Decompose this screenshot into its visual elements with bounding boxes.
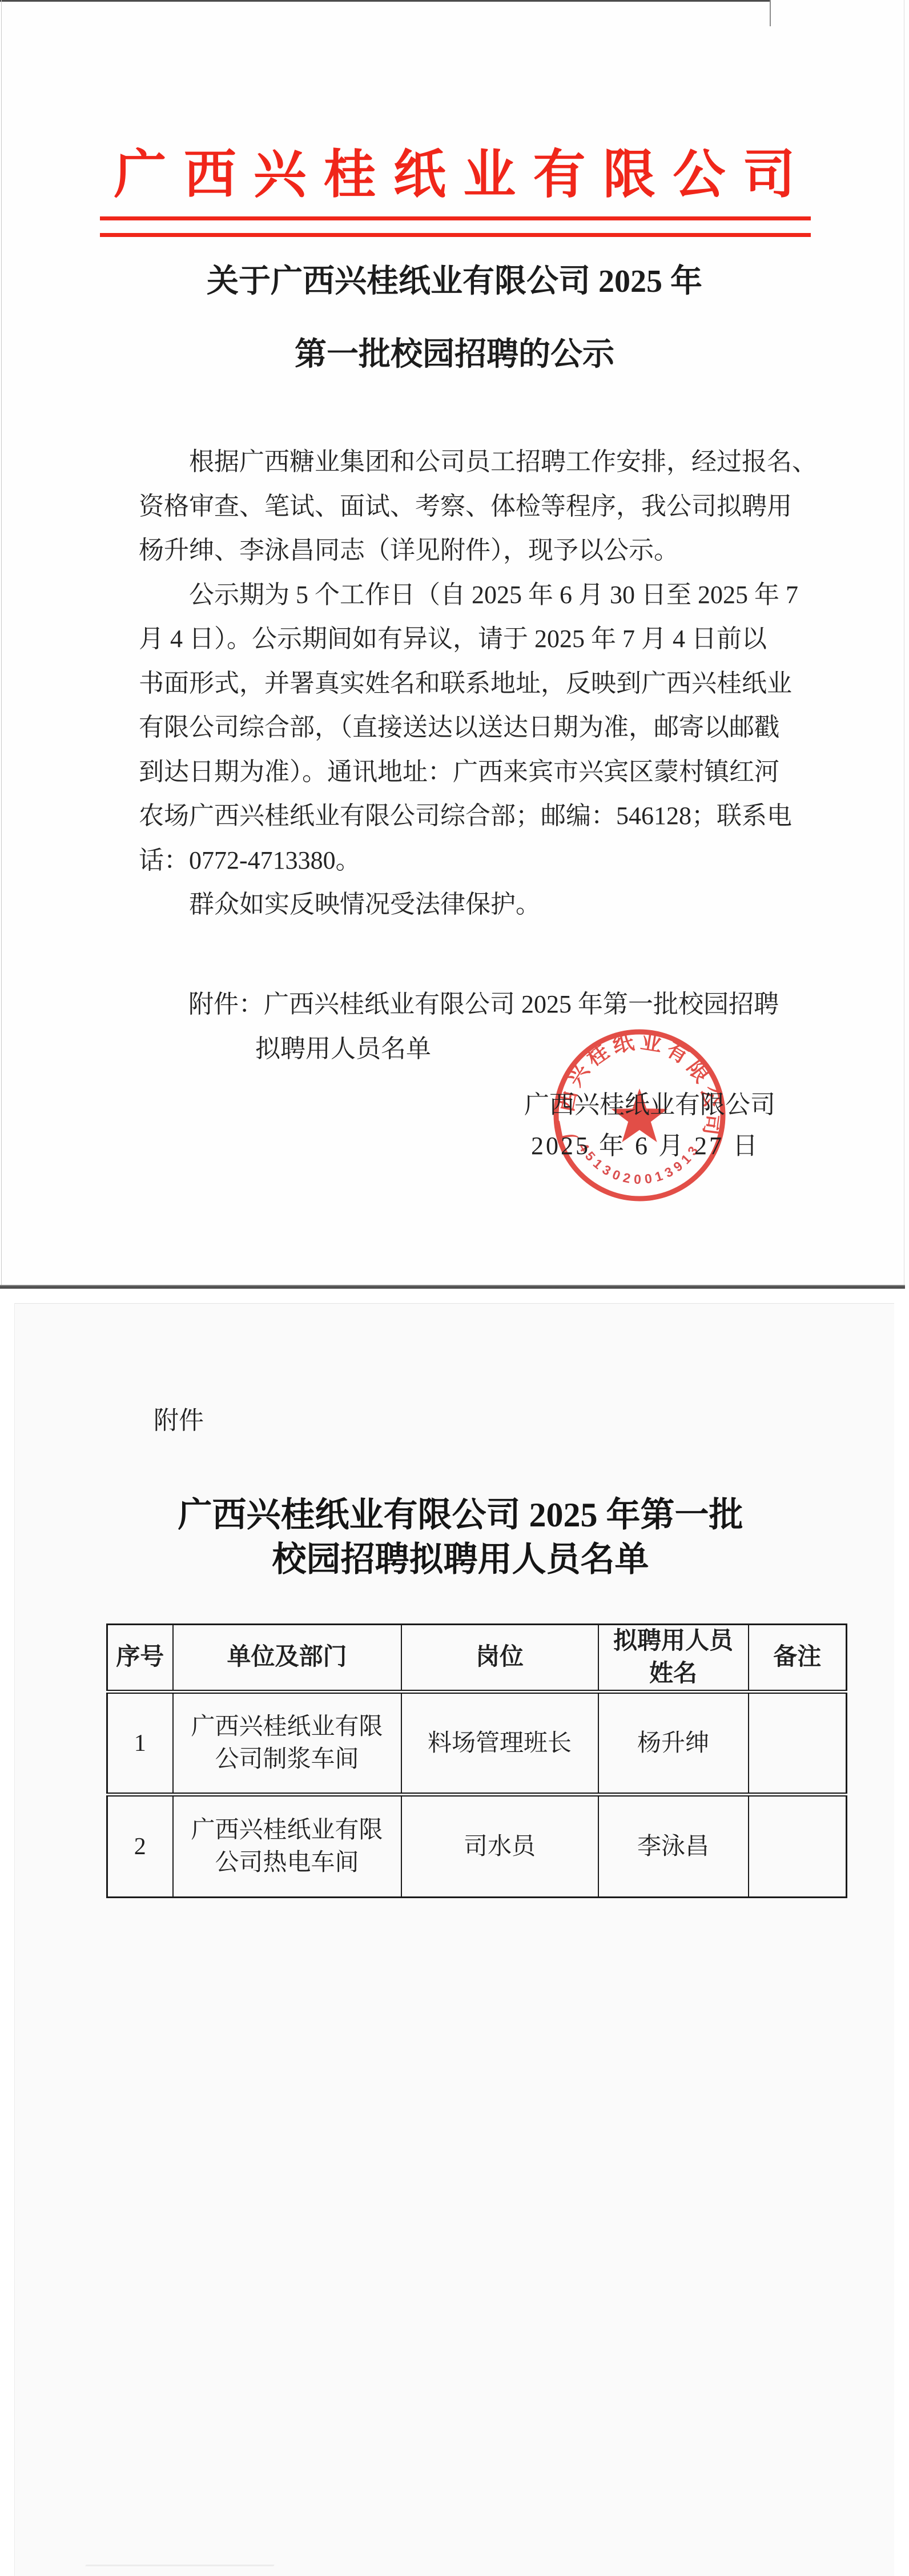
cell-remark — [749, 1692, 847, 1795]
scan-corner-artifact — [770, 0, 771, 26]
body-line: 农场广西兴桂纸业有限公司综合部；邮编：546128；联系电 — [139, 794, 774, 838]
issue-date: 2025 年 6 月 27 日 — [531, 1125, 760, 1162]
roster-table: 序号 单位及部门 岗位 拟聘用人员 姓名 备注 1 广西兴桂纸业有限 公司制浆车… — [106, 1623, 847, 1898]
body-line: 到达日期为准）。通讯地址：广西来宾市兴宾区蒙村镇红河 — [139, 750, 774, 794]
cell-seq: 1 — [107, 1692, 173, 1795]
cell-name: 杨升绅 — [598, 1692, 749, 1795]
body-line: 公示期为 5 个工作日（自 2025 年 6 月 30 日至 2025 年 7 — [139, 573, 774, 617]
roster-title-line1: 广西兴桂纸业有限公司 2025 年第一批 — [41, 1488, 880, 1537]
body-line: 有限公司综合部，（直接送达以送达日期为准，邮寄以邮戳 — [139, 705, 774, 750]
scan-top-edge — [0, 0, 771, 2]
cell-seq: 2 — [107, 1795, 173, 1898]
letterhead-company-name: 广西兴桂纸业有限公司 — [0, 143, 909, 207]
body-line: 杨升绅、李泳昌同志（详见附件），现予以公示。 — [139, 528, 774, 573]
attachment-label: 附件 — [154, 1400, 204, 1436]
page1-bottom-shadow — [0, 1285, 905, 1289]
cell-remark — [749, 1795, 847, 1898]
body-line: 群众如实反映情况受法律保护。 — [139, 882, 774, 927]
header-post: 岗位 — [401, 1625, 598, 1692]
table-row: 1 广西兴桂纸业有限 公司制浆车间 料场管理班长 杨升绅 — [107, 1692, 847, 1795]
cell-name: 李泳昌 — [598, 1795, 749, 1898]
header-name: 拟聘用人员 姓名 — [598, 1625, 749, 1692]
letterhead-double-rule — [100, 216, 811, 237]
body-line: 书面形式，并署真实姓名和联系地址，反映到广西兴桂纸业 — [139, 661, 774, 706]
attachment-reference-line1: 附件：广西兴桂纸业有限公司 2025 年第一批校园招聘 — [188, 983, 779, 1020]
cell-post: 司水员 — [401, 1795, 598, 1898]
issuer-signature: 广西兴桂纸业有限公司 — [524, 1084, 775, 1120]
body-line: 月 4 日）。公示期间如有异议，请于 2025 年 7 月 4 日前以 — [139, 617, 774, 661]
header-remark: 备注 — [749, 1625, 847, 1692]
scanned-document: 广西兴桂纸业有限公司 关于广西兴桂纸业有限公司 2025 年 第一批校园招聘的公… — [0, 0, 909, 2576]
page-2: 附件 广西兴桂纸业有限公司 2025 年第一批 校园招聘拟聘用人员名单 序号 单… — [14, 1303, 894, 2576]
cell-unit: 广西兴桂纸业有限 公司热电车间 — [173, 1795, 401, 1898]
scan-smudge — [85, 2565, 275, 2566]
header-seq: 序号 — [107, 1625, 173, 1692]
cell-post: 料场管理班长 — [401, 1692, 598, 1795]
body-line: 资格审查、笔试、面试、考察、体检等程序，我公司拟聘用 — [139, 484, 774, 529]
body-line: 话：0772-4713380。 — [139, 838, 774, 883]
roster-title-line2: 校园招聘拟聘用人员名单 — [41, 1532, 880, 1581]
attachment-reference-line2: 拟聘用人员名单 — [255, 1028, 431, 1064]
cell-unit: 广西兴桂纸业有限 公司制浆车间 — [173, 1692, 401, 1795]
body-text: 根据广西糖业集团和公司员工招聘工作安排，经过报名、 资格审查、笔试、面试、考察、… — [139, 440, 774, 927]
table-header-row: 序号 单位及部门 岗位 拟聘用人员 姓名 备注 — [107, 1625, 847, 1692]
document-title-line1: 关于广西兴桂纸业有限公司 2025 年 — [0, 256, 909, 302]
header-unit: 单位及部门 — [173, 1625, 401, 1692]
page-1: 广西兴桂纸业有限公司 关于广西兴桂纸业有限公司 2025 年 第一批校园招聘的公… — [0, 0, 909, 1288]
document-title-line2: 第一批校园招聘的公示 — [0, 329, 909, 375]
body-line: 根据广西糖业集团和公司员工招聘工作安排，经过报名、 — [139, 440, 774, 484]
table-row: 2 广西兴桂纸业有限 公司热电车间 司水员 李泳昌 — [107, 1795, 847, 1898]
